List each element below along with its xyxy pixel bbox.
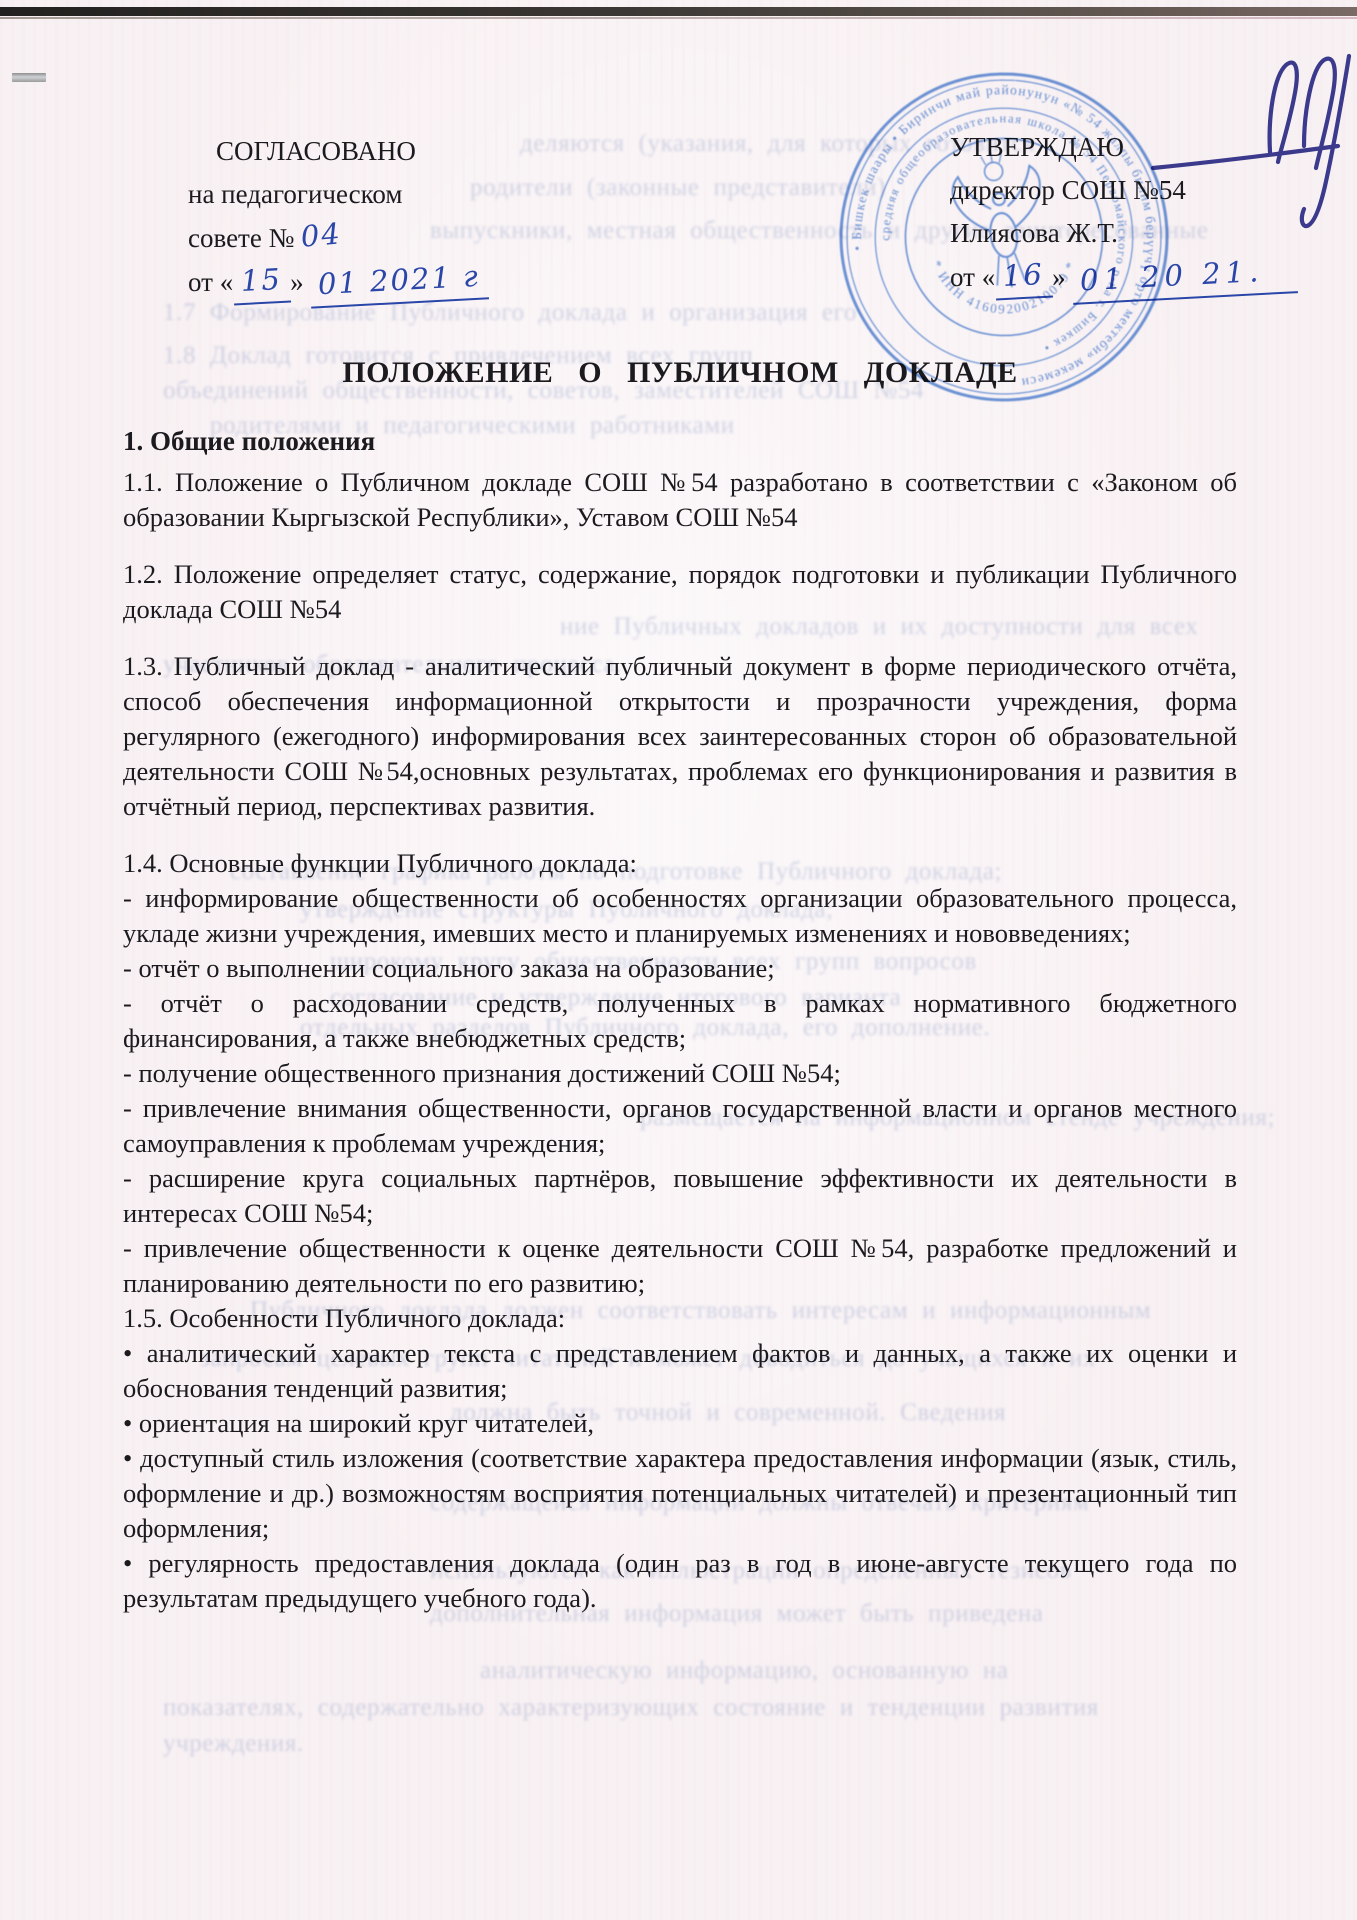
handwritten-day: 15	[232, 258, 291, 306]
pedagogical-council-line: на педагогическом	[188, 173, 488, 216]
paragraph: 1.4. Основные функции Публичного доклада…	[123, 846, 1237, 881]
paragraph: - получение общественного признания дост…	[123, 1056, 1237, 1091]
paragraph: • доступный стиль изложения (соответстви…	[123, 1441, 1237, 1546]
left-date-line: от «15» 01 2021 г	[188, 260, 488, 305]
paragraph: • регулярность предоставления доклада (о…	[123, 1546, 1237, 1616]
paragraph: • аналитический характер текста с предст…	[123, 1336, 1237, 1406]
paragraph: - отчёт о выполнении социального заказа …	[123, 951, 1237, 986]
svg-text:* ИНН 41609200210079 *: * ИНН 41609200210079 *	[929, 237, 1086, 327]
paragraph: - привлечение внимания общественности, о…	[123, 1091, 1237, 1161]
paragraph: 1.3. Публичный доклад - аналитический пу…	[123, 649, 1237, 824]
bleed-through-line: аналитическую информацию, основанную на	[480, 1657, 1009, 1686]
bleed-through-line: учреждения.	[163, 1730, 304, 1759]
paragraph: - расширение круга социальных партнёров,…	[123, 1161, 1237, 1231]
council-number-line: совете № 04	[188, 216, 488, 260]
date-prefix: от «	[188, 267, 233, 297]
handwritten-date: 01 2021 г	[309, 254, 489, 308]
paragraph: 1.2. Положение определяет статус, содерж…	[123, 557, 1237, 627]
scanned-document-page: деляются (указания, для которых готовитс…	[0, 0, 1357, 1920]
section-heading: 1. Общие положения	[123, 424, 1237, 459]
document-body-paragraphs: 1.1. Положение о Публичном докладе СОШ №…	[123, 465, 1237, 1616]
agreed-label: СОГЛАСОВАНО	[188, 130, 488, 173]
stamp-emblem-icon	[947, 146, 1055, 294]
paragraph: - привлечение общественности к оценке де…	[123, 1231, 1237, 1301]
director-signature-icon	[1128, 52, 1357, 242]
document-body: 1. Общие положения 1.1. Положение о Публ…	[123, 424, 1237, 1616]
paragraph: • ориентация на широкий круг читателей,	[123, 1406, 1237, 1441]
paragraph: - информирование общественности об особе…	[123, 881, 1237, 951]
council-number-label: совете №	[188, 223, 294, 253]
paragraph: - отчёт о расходовании средств, полученн…	[123, 986, 1237, 1056]
paragraph: 1.1. Положение о Публичном докладе СОШ №…	[123, 465, 1237, 535]
approval-block-left: СОГЛАСОВАНО на педагогическом совете № 0…	[188, 130, 488, 305]
paragraph: 1.5. Особенности Публичного доклада:	[123, 1301, 1237, 1336]
handwritten-protocol-number: 04	[299, 212, 343, 258]
date-close: »	[290, 267, 304, 297]
bleed-through-line: показателях, содержательно характеризующ…	[163, 1694, 1099, 1723]
stamp-inn-text: * ИНН 41609200210079 *	[929, 237, 1086, 327]
